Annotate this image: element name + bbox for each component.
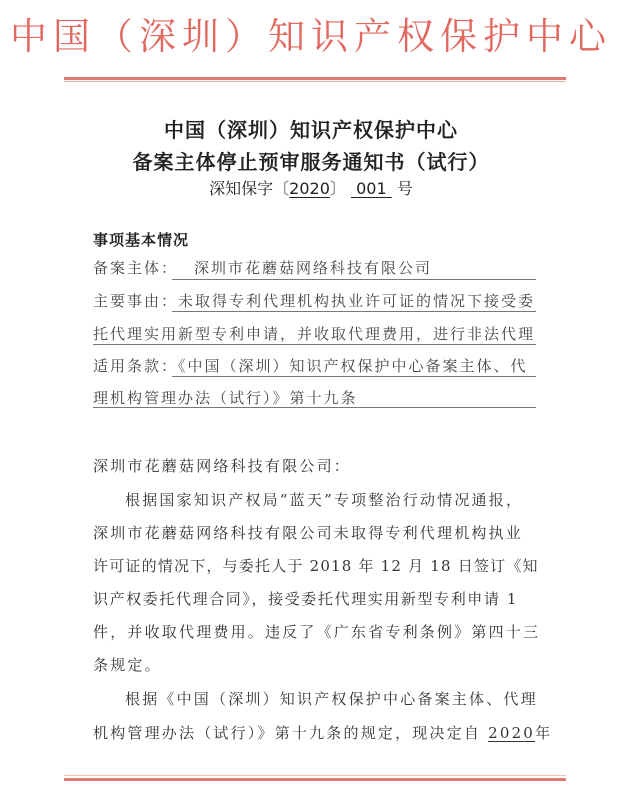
clause-label: 适用条款：: [93, 357, 178, 375]
basic-info-heading: 事项基本情况: [93, 229, 189, 250]
para1-line-1: 根据国家知识产权局“蓝天”专项整治行动情况通报，: [125, 490, 568, 510]
doc-number-year: 2020: [289, 179, 330, 198]
clause-underline-2: [93, 407, 536, 408]
document-number: 深知保字〔2020〕 001 号: [0, 176, 622, 199]
document-title-line1: 中国（深圳）知识产权保护中心: [0, 114, 622, 143]
clause-line2: 理机构管理办法（试行）》第十九条: [93, 388, 536, 408]
para2-line-2: 机构管理办法（试行）》第十九条的规定，现决定自 2020年: [93, 723, 536, 743]
footer-divider: [64, 778, 566, 781]
subject-field: 备案主体：深圳市花蘑菇网络科技有限公司: [93, 258, 536, 278]
para2-year: 2020: [488, 724, 535, 742]
clause-field: 适用条款：《中国（深圳）知识产权保护中心备案主体、代: [93, 356, 536, 376]
letterhead-org-name: 中国（深圳）知识产权保护中心: [0, 12, 622, 62]
reason-field: 主要事由：未取得专利代理机构执业许可证的情况下接受委: [93, 291, 536, 311]
reason-line2: 托代理实用新型专利申请，并收取代理费用，进行非法代理: [93, 324, 536, 344]
letterhead-divider: [64, 77, 566, 80]
reason-underline-1: [172, 311, 536, 312]
document-title-line2: 备案主体停止预审服务通知书（试行）: [0, 146, 622, 175]
para1-line-6: 条规定。: [93, 655, 536, 675]
doc-number-mid: 〕: [330, 179, 346, 198]
reason-line1: 未取得专利代理机构执业许可证的情况下接受委: [178, 292, 535, 310]
doc-number-prefix: 深知保字〔: [209, 179, 289, 198]
subject-label: 备案主体：: [93, 259, 178, 277]
para2-line-1: 根据《中国（深圳）知识产权保护中心备案主体、代理: [125, 689, 568, 709]
para2-line2-end: 年: [535, 724, 552, 742]
reason-label: 主要事由：: [93, 292, 178, 310]
para1-line-4: 识产权委托代理合同》，接受委托代理实用新型专利申请 1: [93, 589, 536, 609]
subject-value: 深圳市花蘑菇网络科技有限公司: [194, 259, 432, 277]
letterhead-divider-thin: [64, 81, 566, 82]
clause-underline-1: [172, 376, 536, 377]
clause-line1: 《中国（深圳）知识产权保护中心备案主体、代: [178, 357, 528, 375]
doc-serial-value: 001: [356, 179, 387, 198]
subject-underline: [172, 279, 536, 280]
para1-line-5: 件，并收取代理费用。违反了《广东省专利条例》第四十三: [93, 622, 536, 642]
footer-divider-thin: [64, 775, 566, 776]
para1-line-2: 深圳市花蘑菇网络科技有限公司未取得专利代理机构执业: [93, 523, 536, 543]
para2-line2-text: 机构管理办法（试行）》第十九条的规定，现决定自: [93, 724, 481, 742]
doc-number-suffix: 号: [397, 179, 413, 198]
doc-number-serial: 001: [351, 179, 392, 198]
para1-line-3: 许可证的情况下，与委托人于 2018 年 12 月 18 日签订《知: [93, 556, 536, 576]
salutation: 深圳市花蘑菇网络科技有限公司：: [93, 456, 536, 476]
reason-underline-2: [93, 344, 536, 345]
